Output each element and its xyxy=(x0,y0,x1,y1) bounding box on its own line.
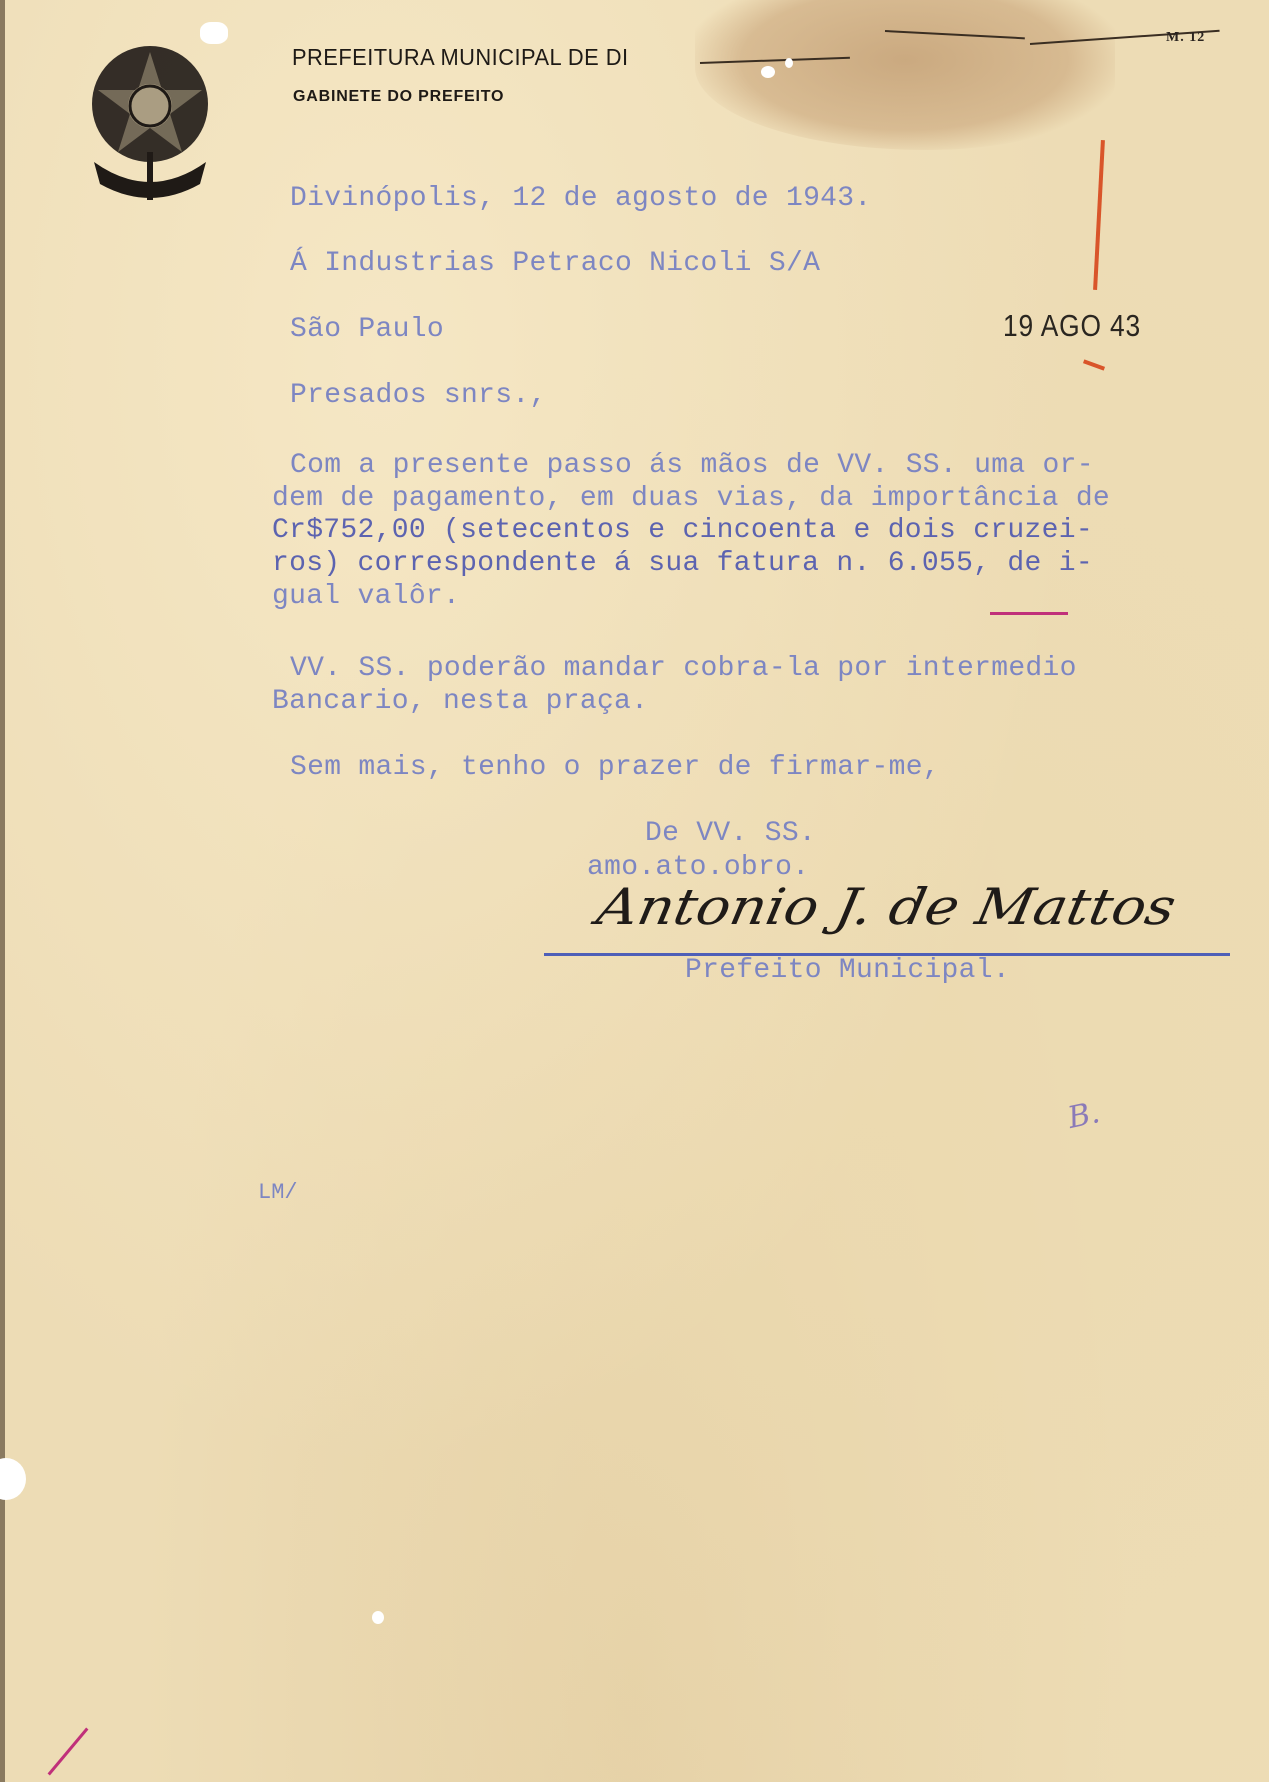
paragraph-line: dem de pagamento, em duas vias, da impor… xyxy=(272,483,1110,514)
paragraph-line: Cr$752,00 (setecentos e cincoenta e dois… xyxy=(272,515,1093,546)
closing: Sem mais, tenho o prazer de firmar-me, xyxy=(290,752,940,783)
paper-left-edge xyxy=(0,0,5,1782)
received-date-stamp: 19 AGO 43 xyxy=(1003,308,1141,344)
binder-hole xyxy=(0,1458,26,1500)
form-code: M. 12 xyxy=(1166,30,1205,46)
red-pencil-mark xyxy=(1083,359,1105,370)
regards-line-1: De VV. SS. xyxy=(645,818,816,849)
recipient-city: São Paulo xyxy=(290,314,444,345)
magenta-underline xyxy=(990,612,1068,615)
letterhead-title: PREFEITURA MUNICIPAL DE DI xyxy=(292,44,629,71)
recipient: Á Industrias Petraco Nicoli S/A xyxy=(290,248,820,279)
paragraph-line: ros) correspondente á sua fatura n. 6.05… xyxy=(272,548,1093,579)
paragraph-line: Com a presente passo ás mãos de VV. SS. … xyxy=(290,450,1094,481)
signature: Antonio J. de Mattos xyxy=(592,878,1180,936)
brazil-coat-of-arms-icon xyxy=(84,42,216,202)
red-pencil-mark xyxy=(1093,140,1105,290)
punch-hole xyxy=(761,66,775,78)
paragraph-line: Bancario, nesta praça. xyxy=(272,686,648,717)
water-stain xyxy=(695,0,1115,150)
reference-initials: LM/ xyxy=(258,1180,298,1205)
handwritten-initials: B. xyxy=(1065,1095,1103,1136)
salutation: Presados snrs., xyxy=(290,380,547,411)
paragraph-line: VV. SS. poderão mandar cobra-la por inte… xyxy=(290,653,1077,684)
punch-hole xyxy=(200,22,228,44)
letterhead-subtitle: GABINETE DO PREFEITO xyxy=(293,88,504,106)
punch-hole xyxy=(372,1611,384,1624)
magenta-pencil-mark xyxy=(48,1728,89,1776)
paragraph-line: gual valôr. xyxy=(272,581,460,612)
punch-hole xyxy=(785,58,793,68)
place-date: Divinópolis, 12 de agosto de 1943. xyxy=(290,183,872,214)
signer-title: Prefeito Municipal. xyxy=(685,955,1010,986)
